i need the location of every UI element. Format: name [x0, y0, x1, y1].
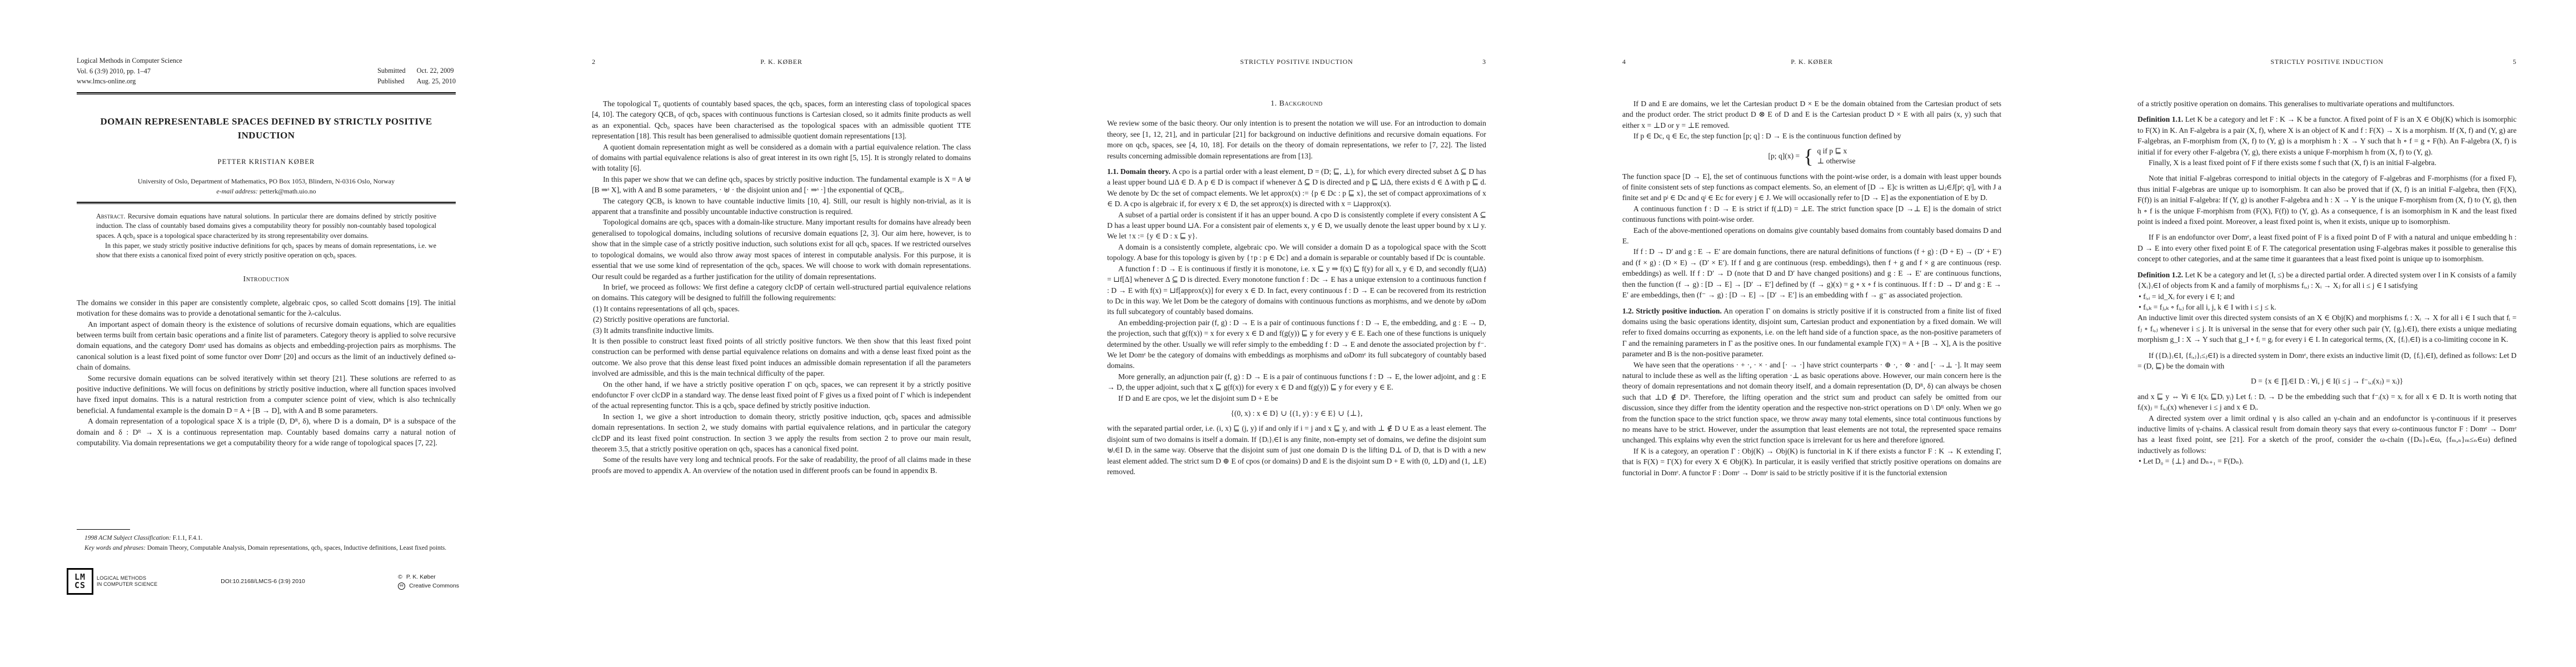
page-number: [2137, 58, 2171, 66]
numbered-list-item: (1) It contains representations of all q…: [592, 303, 971, 314]
submitted-label: Submitted: [377, 66, 406, 76]
masthead-rule: [77, 92, 456, 94]
page-1: Logical Methods in Computer Science Vol.…: [0, 0, 515, 667]
definition-lead: Definition 1.1.: [2137, 115, 2183, 123]
body-paragraph: Some of the results have very long and t…: [592, 454, 971, 476]
author-name: PETTER KRISTIAN KØBER: [77, 158, 456, 166]
body-paragraph: In brief, we proceed as follows: We firs…: [592, 282, 971, 303]
body-paragraph: If f : D → D′ and g : E → E′ are domain …: [1622, 246, 2001, 300]
page-number: [1968, 58, 2001, 66]
footnote-text: F.1.1, F.4.1.: [173, 535, 203, 541]
subsection-paragraph: 1.1. Domain theory. A cpo is a partial o…: [1107, 166, 1486, 210]
footnote-classification: 1998 ACM Subject Classification: F.1.1, …: [77, 534, 456, 544]
title-rule: [77, 202, 456, 204]
body-paragraph: In this paper we show that we can define…: [592, 174, 971, 196]
page-3-body: 1. Background We review some of the basi…: [1107, 98, 1486, 477]
journal-volume: Vol. 6 (3:9) 2010, pp. 1–47: [77, 66, 182, 77]
page-3-column: STRICTLY POSITIVE INDUCTION 3 1. Backgro…: [1107, 58, 1486, 477]
footnote-text: Domain Theory, Computable Analysis, Doma…: [147, 545, 446, 551]
body-paragraph: of a strictly positive operation on doma…: [2137, 98, 2517, 109]
submission-dates: Submitted Oct. 22, 2009 Published Aug. 2…: [377, 66, 456, 87]
abstract: Abstract. Recursive domain equations hav…: [96, 212, 436, 261]
bullet-list-item: • fᵢ,ᵢ = id_Xᵢ for every i ∈ I; and: [2137, 291, 2517, 302]
definition-text: Let K be a category and let F : K → K be…: [2137, 115, 2517, 156]
email-address[interactable]: petterk@math.uio.no: [260, 187, 316, 195]
page-number: [938, 58, 971, 66]
footnote-lead: 1998 ACM Subject Classification:: [84, 535, 171, 541]
submitted-date: Oct. 22, 2009: [417, 66, 456, 76]
body-paragraph: A domain is a consistently complete, alg…: [1107, 242, 1486, 263]
page-2-column: 2 P. K. KØBER The topological T₀ quotien…: [592, 58, 971, 476]
published-label: Published: [377, 76, 406, 87]
author-address-block: University of Oslo, Department of Mathem…: [77, 176, 456, 196]
body-paragraph: A subset of a partial order is consisten…: [1107, 210, 1486, 242]
bullet-list-item: • fᵢ,ₖ = fⱼ,ₖ ∘ fᵢ,ⱼ for all i, j, k ∈ I…: [2137, 302, 2517, 312]
body-paragraph: Some recursive domain equations can be s…: [77, 373, 456, 416]
page-number: 5: [2483, 58, 2517, 66]
body-paragraph: An important aspect of domain theory is …: [77, 319, 456, 373]
running-head: 4 P. K. KØBER: [1622, 58, 2001, 66]
page-number: [1107, 58, 1140, 66]
subsection-lead: 1.2. Strictly positive induction.: [1622, 307, 1722, 315]
body-paragraph: The category QCB₀ is known to have count…: [592, 196, 971, 217]
page-number: 4: [1622, 58, 1656, 66]
document-pages: Logical Methods in Computer Science Vol.…: [0, 0, 2576, 667]
body-paragraph: with the separated partial order, i.e. (…: [1107, 423, 1486, 477]
body-paragraph: Topological domains are qcb₀ spaces with…: [592, 217, 971, 281]
author-affiliation: University of Oslo, Department of Mathem…: [77, 176, 456, 186]
running-head-title: P. K. KØBER: [625, 58, 938, 66]
running-head-title: STRICTLY POSITIVE INDUCTION: [1140, 58, 1453, 66]
body-paragraph: We review some of the basic theory. Our …: [1107, 118, 1486, 161]
definition-text: Let K be a category and let (I, ≤) be a …: [2137, 271, 2517, 290]
display-equation: {(0, x) : x ∈ D} ∪ {(1, y) : y ∈ E} ∪ {⊥…: [1107, 408, 1486, 419]
page-number: 3: [1453, 58, 1486, 66]
body-paragraph: On the other hand, if we have a strictly…: [592, 379, 971, 411]
body-paragraph: If K is a category, an operation Γ : Obj…: [1622, 446, 2001, 478]
equation-cases: q if p ⊑ x ⊥ otherwise: [1817, 146, 1856, 167]
abstract-label: Abstract.: [96, 212, 125, 220]
page-1-footer: LM CS LOGICAL METHODS IN COMPUTER SCIENC…: [67, 568, 459, 595]
body-paragraph: A function f : D → E is continuous if fi…: [1107, 263, 1486, 317]
running-head: STRICTLY POSITIVE INDUCTION 3: [1107, 58, 1486, 66]
numbered-list-item: (2) Strictly positive operations are fun…: [592, 314, 971, 325]
body-paragraph: If ({Dᵢ}ᵢ∈I, {fᵢ,ⱼ}ᵢ≤ⱼ∈I) is a directed …: [2137, 350, 2517, 372]
running-head-title: P. K. KØBER: [1656, 58, 1968, 66]
author-email-line: e-mail address: petterk@math.uio.no: [77, 186, 456, 196]
body-paragraph: Note that initial F-algebras correspond …: [2137, 173, 2517, 227]
body-paragraph: It is then possible to construct least f…: [592, 336, 971, 379]
body-paragraph: A domain representation of a topological…: [77, 416, 456, 448]
page-3: STRICTLY POSITIVE INDUCTION 3 1. Backgro…: [1030, 0, 1546, 667]
page-2-body: The topological T₀ quotients of countabl…: [592, 98, 971, 476]
body-paragraph: If D and E are cpos, we let the disjoint…: [1107, 393, 1486, 404]
journal-name: Logical Methods in Computer Science: [77, 56, 182, 66]
page-2: 2 P. K. KØBER The topological T₀ quotien…: [515, 0, 1030, 667]
abstract-paragraph: In this paper, we study strictly positiv…: [96, 241, 436, 261]
body-paragraph: A quotient domain representation might a…: [592, 142, 971, 174]
published-date: Aug. 25, 2010: [417, 76, 456, 87]
footnote-lead: Key words and phrases:: [84, 545, 146, 551]
footnote-keywords: Key words and phrases: Domain Theory, Co…: [77, 544, 456, 554]
journal-masthead: Logical Methods in Computer Science Vol.…: [77, 56, 456, 87]
page-number: 2: [592, 58, 625, 66]
body-paragraph: An embedding-projection pair (f, g) : D …: [1107, 317, 1486, 371]
page-4-body: If D and E are domains, we let the Carte…: [1622, 98, 2001, 478]
equation-case-line: q if p ⊑ x: [1817, 146, 1856, 157]
body-paragraph: We have seen that the operations · + ·, …: [1622, 360, 2001, 446]
footnote-block: 1998 ACM Subject Classification: F.1.1, …: [77, 529, 456, 553]
abstract-text: Recursive domain equations have natural …: [96, 212, 436, 240]
page-5-body: of a strictly positive operation on doma…: [2137, 98, 2517, 467]
running-head-title: STRICTLY POSITIVE INDUCTION: [2171, 58, 2483, 66]
body-paragraph: A directed system over a limit ordinal γ…: [2137, 413, 2517, 456]
footnote-rule: [77, 529, 130, 530]
journal-info: Logical Methods in Computer Science Vol.…: [77, 56, 182, 87]
body-paragraph: More generally, an adjunction pair (f, g…: [1107, 371, 1486, 393]
equation-prefix: [p; q](x) =: [1768, 151, 1800, 161]
section-heading-introduction: Introduction: [77, 275, 456, 284]
body-paragraph: and x ⊑ y ⇔ ∀i ∈ I(xᵢ ⊑Dᵢ yᵢ) Let fᵢ : D…: [2137, 391, 2517, 413]
journal-url[interactable]: www.lmcs-online.org: [77, 76, 182, 87]
email-label: e-mail address:: [216, 187, 258, 195]
section-heading-background: 1. Background: [1107, 98, 1486, 109]
display-equation-cases: [p; q](x) = { q if p ⊑ x ⊥ otherwise: [1622, 146, 2001, 167]
body-paragraph: The topological T₀ quotients of countabl…: [592, 98, 971, 142]
subsection-lead: 1.1. Domain theory.: [1107, 167, 1170, 176]
running-head: 2 P. K. KØBER: [592, 58, 971, 66]
body-paragraph: In section 1, we give a short introducti…: [592, 411, 971, 455]
doi-text: DOI:10.2168/LMCS-6 (3:9) 2010: [67, 578, 459, 585]
body-paragraph: An inductive limit over this directed sy…: [2137, 312, 2517, 345]
equation-case-line: ⊥ otherwise: [1817, 156, 1856, 167]
body-paragraph: If D and E are domains, we let the Carte…: [1622, 98, 2001, 131]
page-5-column: STRICTLY POSITIVE INDUCTION 5 of a stric…: [2137, 58, 2517, 467]
definition-paragraph: Definition 1.2. Let K be a category and …: [2137, 270, 2517, 291]
brace-glyph: {: [1803, 146, 1813, 166]
body-paragraph: Finally, X is a least fixed point of F i…: [2137, 157, 2517, 168]
body-paragraph: A continuous function f : D → E is stric…: [1622, 203, 2001, 225]
body-paragraph: The domains we consider in this paper ar…: [77, 297, 456, 319]
body-paragraph: If F is an endofunctor over Domᵉ, a leas…: [2137, 232, 2517, 264]
definition-paragraph: Definition 1.1. Let K be a category and …: [2137, 114, 2517, 157]
page-5: STRICTLY POSITIVE INDUCTION 5 of a stric…: [2061, 0, 2576, 667]
body-paragraph: The function space [D → E], the set of c…: [1622, 171, 2001, 203]
page-4: 4 P. K. KØBER If D and E are domains, we…: [1546, 0, 2061, 667]
subsection-paragraph: 1.2. Strictly positive induction. An ope…: [1622, 306, 2001, 360]
body-paragraph: If p ∈ Dc, q ∈ Ec, the step function [p;…: [1622, 131, 2001, 141]
running-head: STRICTLY POSITIVE INDUCTION 5: [2137, 58, 2517, 66]
paper-title: DOMAIN REPRESENTABLE SPACES DEFINED BY S…: [77, 115, 456, 142]
body-paragraph: Each of the above-mentioned operations o…: [1622, 225, 2001, 247]
bullet-list-item: • Let D₀ = {⊥} and Dₙ₊₁ = F(Dₙ).: [2137, 456, 2517, 466]
page-1-column: Logical Methods in Computer Science Vol.…: [77, 56, 456, 448]
page-4-column: 4 P. K. KØBER If D and E are domains, we…: [1622, 58, 2001, 478]
definition-lead: Definition 1.2.: [2137, 271, 2183, 279]
display-equation: D = {x ∈ ∏ᵢ∈I Dᵢ : ∀i, j ∈ I(i ≤ j → f⁻ᵢ…: [2137, 376, 2517, 386]
page-1-body: The domains we consider in this paper ar…: [77, 297, 456, 449]
abstract-paragraph: Abstract. Recursive domain equations hav…: [96, 212, 436, 241]
numbered-list-item: (3) It admits transfinite inductive limi…: [592, 325, 971, 336]
